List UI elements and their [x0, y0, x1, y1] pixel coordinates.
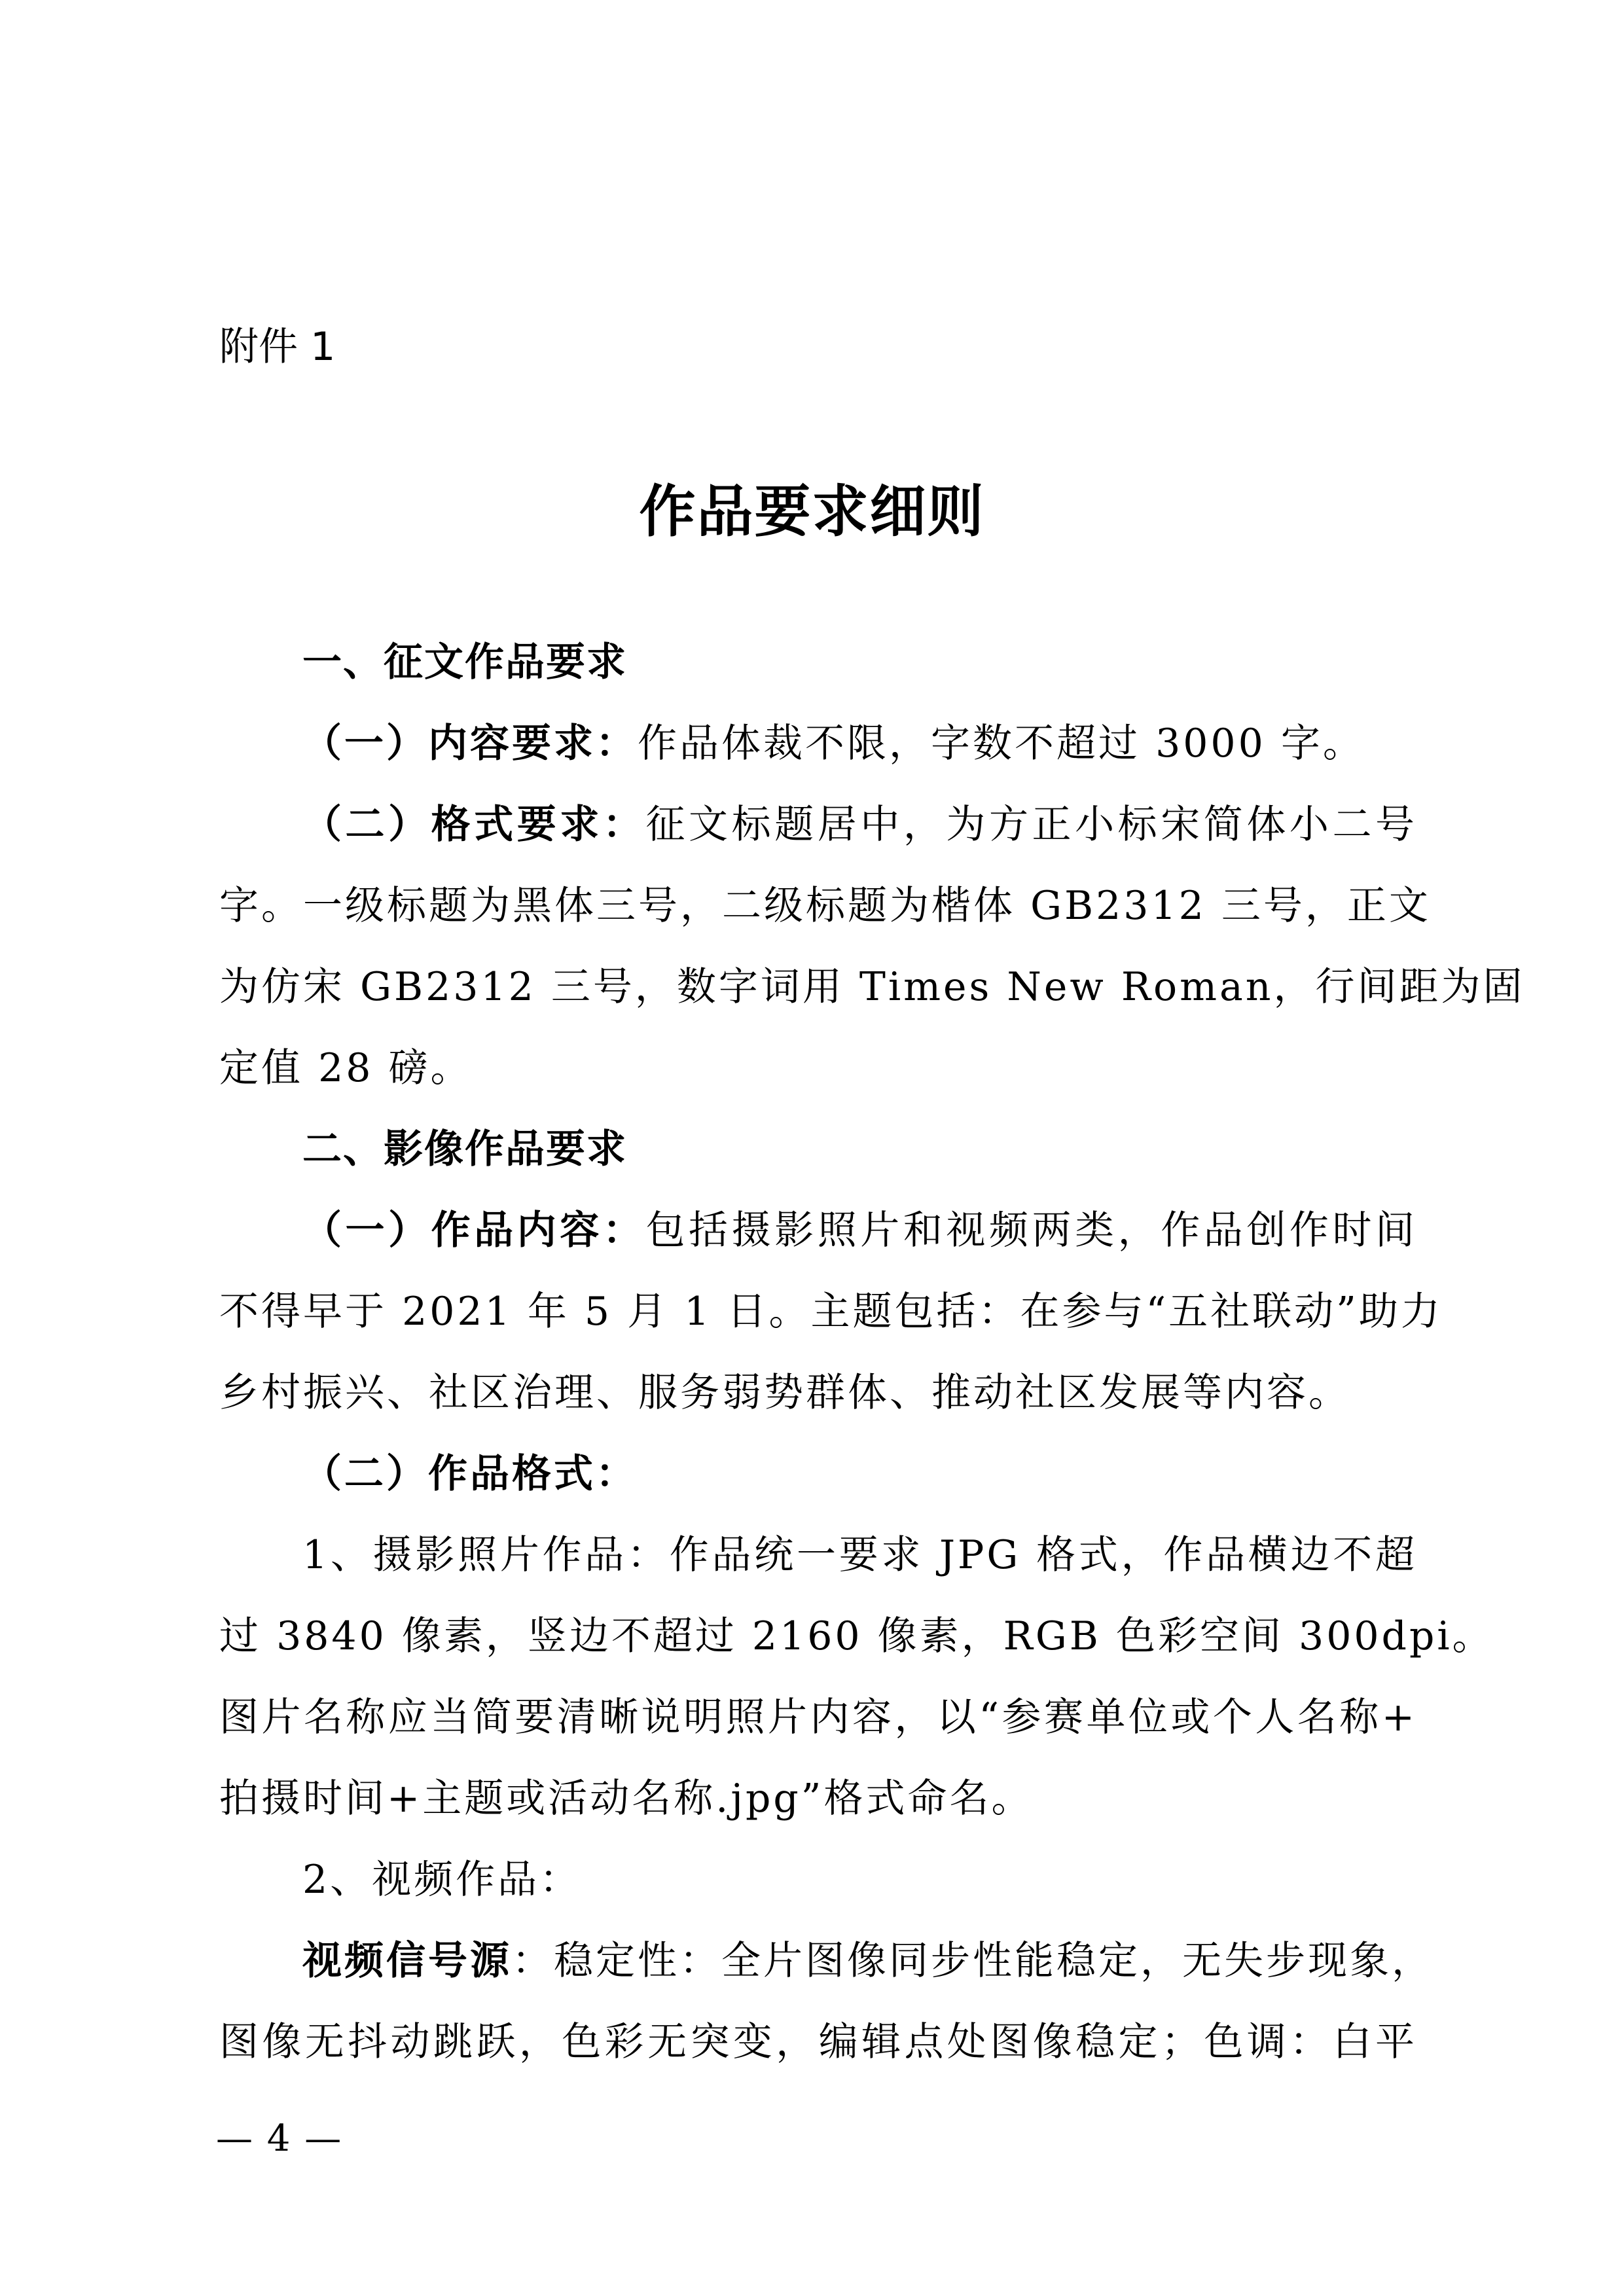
paragraph-line: 不得早于 2021 年 5 月 1 日。主题包括：在参与“五社联动”助力 [219, 1285, 1417, 1338]
paragraph-line: 定值 28 磅。 [219, 1042, 1417, 1094]
document-title: 作品要求细则 [0, 466, 1624, 547]
attachment-label: 附件 1 [219, 321, 1417, 373]
paragraph-line: 为仿宋 GB2312 三号，数字词用 Times New Roman，行间距为固 [219, 961, 1417, 1013]
item-text: ：稳定性：全片图像同步性能稳定，无失步现象， [512, 1938, 1434, 1984]
essay-content-requirement: （一）内容要求：作品体裁不限，字数不超过 3000 字。 [302, 717, 1417, 770]
page-number: — 4 — [216, 2117, 342, 2160]
item-label: （一）内容要求： [302, 721, 638, 766]
video-signal-source: 视频信号源：稳定性：全片图像同步性能稳定，无失步现象， [302, 1935, 1417, 1987]
image-format-heading: （二）作品格式： [302, 1448, 1417, 1500]
photo-requirement: 1、摄影照片作品：作品统一要求 JPG 格式，作品横边不超 [302, 1529, 1417, 1581]
video-requirement-heading: 2、视频作品： [302, 1854, 1417, 1906]
section-heading-essay: 一、征文作品要求 [302, 636, 1417, 689]
item-label: （二）格式要求： [302, 802, 645, 848]
image-content-requirement: （一）作品内容：包括摄影照片和视频两类，作品创作时间 [302, 1204, 1417, 1257]
document-page: 附件 1 作品要求细则 一、征文作品要求 （一）内容要求：作品体裁不限，字数不超… [0, 0, 1624, 2296]
paragraph-line: 过 3840 像素，竖边不超过 2160 像素，RGB 色彩空间 300dpi。 [219, 1610, 1417, 1662]
item-text: 作品体裁不限，字数不超过 3000 字。 [638, 721, 1365, 766]
item-text: 征文标题居中，为方正小标宋简体小二号 [645, 802, 1417, 848]
item-label: （一）作品内容： [302, 1208, 645, 1253]
paragraph-line: 拍摄时间+主题或活动名称.jpg”格式命名。 [219, 1772, 1417, 1825]
paragraph-line: 图像无抖动跳跃，色彩无突变，编辑点处图像稳定；色调：白平 [219, 2016, 1417, 2068]
paragraph-line: 图片名称应当简要清晰说明照片内容，以“参赛单位或个人名称+ [219, 1691, 1417, 1744]
item-label: 视频信号源 [302, 1938, 512, 1984]
section-heading-image: 二、影像作品要求 [302, 1123, 1417, 1175]
paragraph-line: 乡村振兴、社区治理、服务弱势群体、推动社区发展等内容。 [219, 1367, 1417, 1419]
essay-format-requirement: （二）格式要求：征文标题居中，为方正小标宋简体小二号 [302, 798, 1417, 851]
paragraph-line: 字。一级标题为黑体三号，二级标题为楷体 GB2312 三号，正文 [219, 880, 1417, 932]
item-text: 包括摄影照片和视频两类，作品创作时间 [645, 1208, 1417, 1253]
